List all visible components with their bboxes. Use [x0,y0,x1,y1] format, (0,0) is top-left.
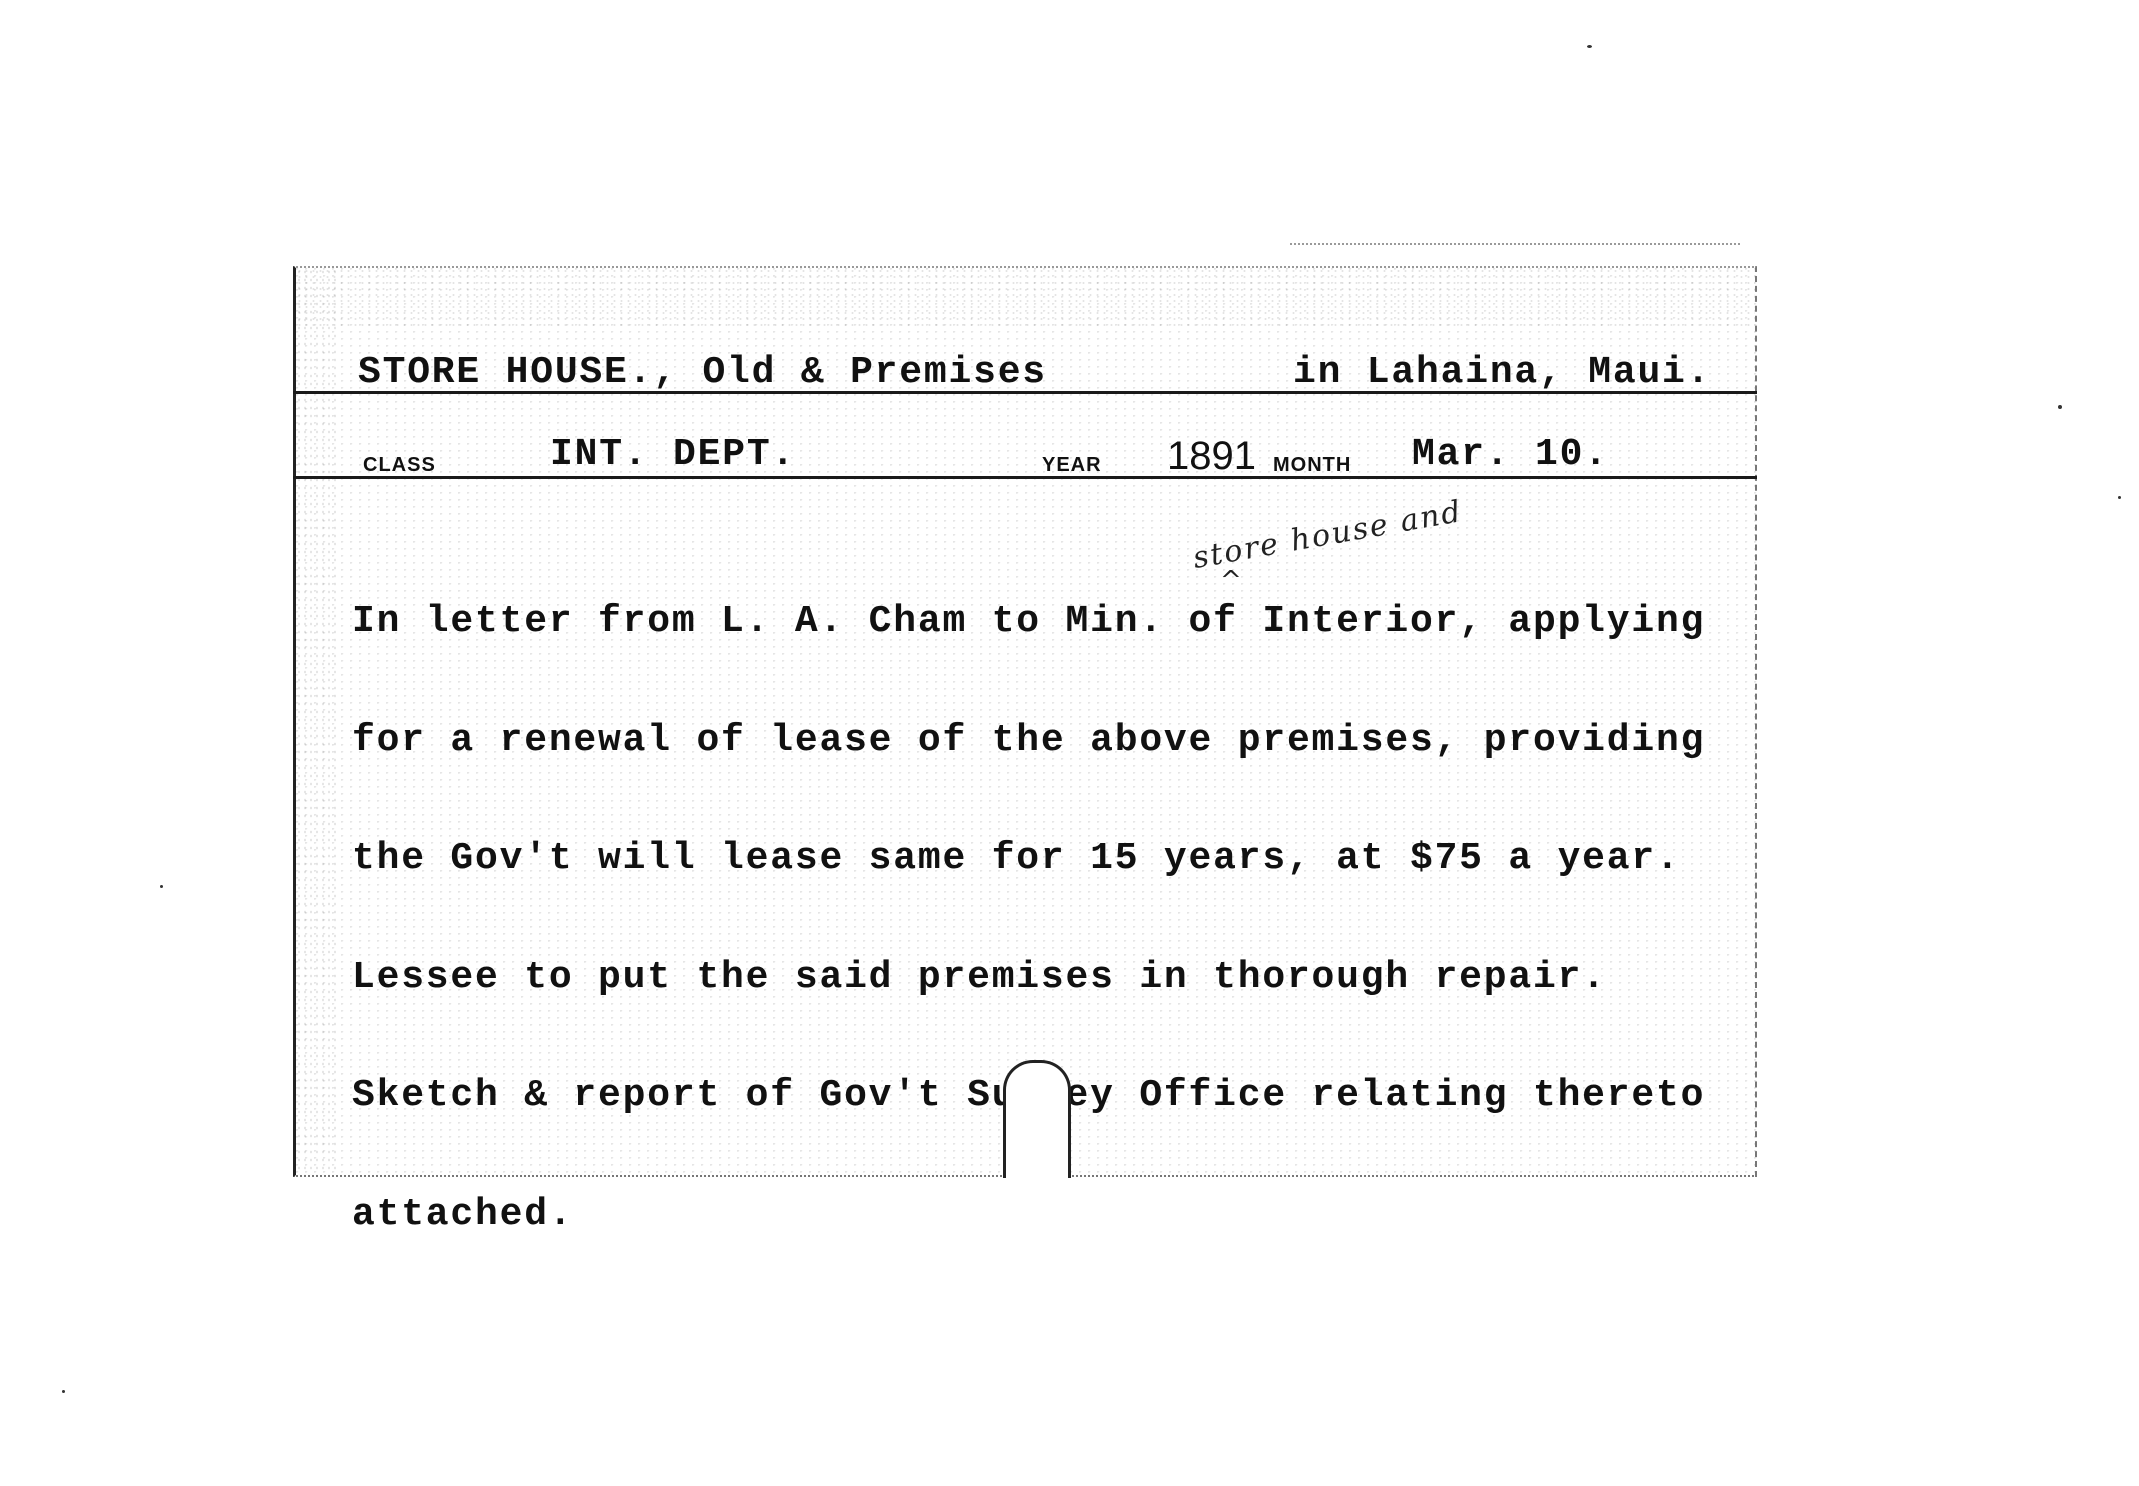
meta-rule [293,476,1757,479]
class-value: INT. DEPT. [550,436,796,474]
scan-speck [160,885,163,888]
index-card: STORE HOUSE., Old & Premises in Lahaina,… [293,266,1757,1177]
scan-speck [2058,405,2062,409]
card-body: In letter from L. A. Cham to Min. of Int… [352,523,1705,1313]
body-line: for a renewal of lease of the above prem… [352,721,1705,761]
year-label: YEAR [1042,455,1102,475]
body-line: attached. [352,1195,1705,1235]
month-label: MONTH [1273,455,1351,475]
class-label: CLASS [363,455,436,475]
card-notch [1003,1060,1071,1178]
body-line: Lessee to put the said premises in thoro… [352,958,1705,998]
scan-speck [2118,496,2121,499]
scanned-page: STORE HOUSE., Old & Premises in Lahaina,… [0,0,2139,1486]
scan-artifact-line [1290,243,1740,245]
card-title: STORE HOUSE., Old & Premises [358,354,1047,392]
card-grain [296,268,1755,328]
year-value: 1891 [1167,436,1256,476]
card-location: in Lahaina, Maui. [1293,354,1711,392]
header-rule [293,391,1757,394]
scan-speck [1587,45,1592,48]
scan-speck [62,1390,65,1393]
insertion-caret-icon: ^ [1220,568,1242,594]
card-grain [296,268,336,1175]
month-value: Mar. 10. [1412,436,1609,474]
body-line: the Gov't will lease same for 15 years, … [352,839,1705,879]
body-line: In letter from L. A. Cham to Min. of Int… [352,602,1705,642]
